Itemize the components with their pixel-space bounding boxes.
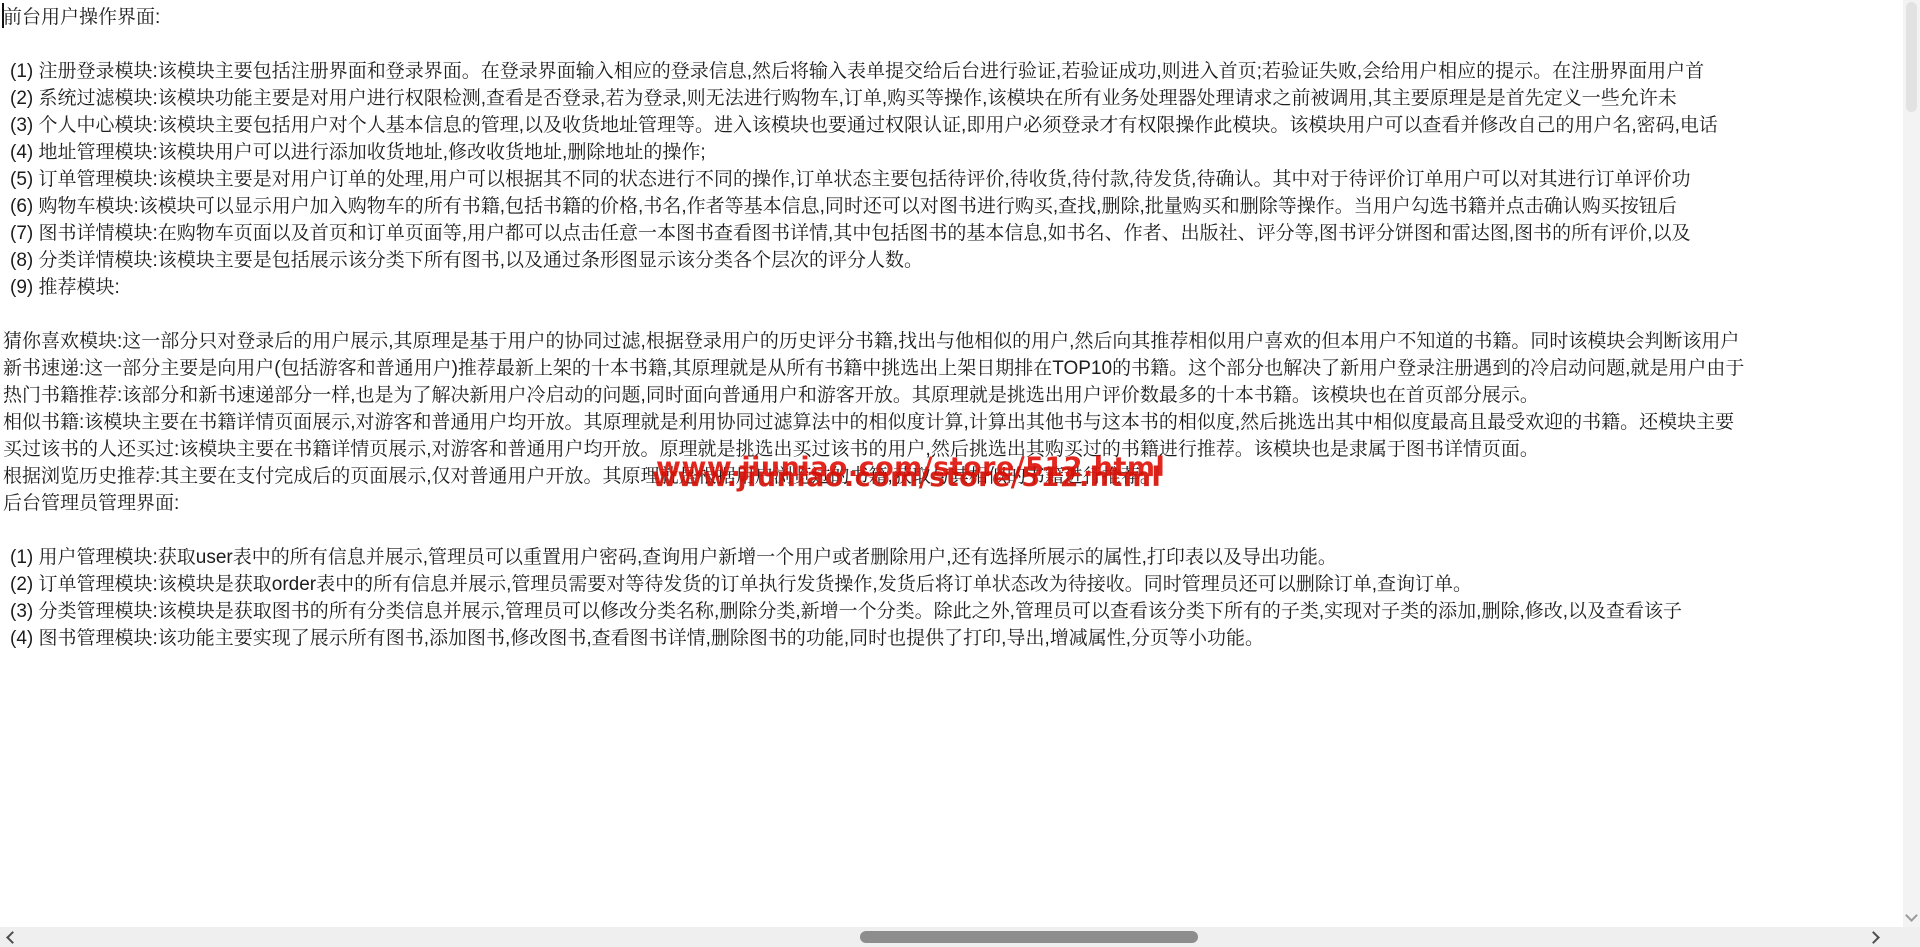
front-section-title: 前台用户操作界面: xyxy=(0,4,1903,31)
paragraph-also-bought: 买过该书的人还买过:该模块主要在书籍详情页展示,对游客和普通用户均开放。原理就是… xyxy=(0,436,1903,463)
chevron-right-icon xyxy=(1867,931,1880,944)
front-item-7: (7) 图书详情模块:在购物车页面以及首页和订单页面等,用户都可以点击任意一本图… xyxy=(0,220,1903,247)
back-section-title: 后台管理员管理界面: xyxy=(0,490,1903,517)
scroll-right-icon[interactable] xyxy=(1869,933,1878,942)
blank-line xyxy=(0,31,1903,58)
horizontal-scrollbar-thumb[interactable] xyxy=(860,931,1198,943)
blank-line xyxy=(0,301,1903,328)
chevron-down-icon xyxy=(1905,909,1918,922)
paragraph-history-recommend: 根据浏览历史推荐:其主要在支付完成后的页面展示,仅对普通用户开放。其原理就是根据… xyxy=(0,463,1903,490)
front-item-6: (6) 购物车模块:该模块可以显示用户加入购物车的所有书籍,包括书籍的价格,书名… xyxy=(0,193,1903,220)
text-cursor xyxy=(2,3,4,28)
blank-line xyxy=(0,517,1903,544)
front-item-3: (3) 个人中心模块:该模块主要包括用户对个人基本信息的管理,以及收货地址管理等… xyxy=(0,112,1903,139)
vertical-scrollbar-thumb[interactable] xyxy=(1906,2,1917,112)
front-item-8: (8) 分类详情模块:该模块主要是包括展示该分类下所有图书,以及通过条形图显示该… xyxy=(0,247,1903,274)
back-item-3: (3) 分类管理模块:该模块是获取图书的所有分类信息并展示,管理员可以修改分类名… xyxy=(0,598,1903,625)
paragraph-similar-books: 相似书籍:该模块主要在书籍详情页面展示,对游客和普通用户均开放。其原理就是利用协… xyxy=(0,409,1903,436)
scroll-left-icon[interactable] xyxy=(8,933,17,942)
front-item-2: (2) 系统过滤模块:该模块功能主要是对用户进行权限检测,查看是否登录,若为登录… xyxy=(0,85,1903,112)
back-item-4: (4) 图书管理模块:该功能主要实现了展示所有图书,添加图书,修改图书,查看图书… xyxy=(0,625,1903,652)
vertical-scrollbar[interactable] xyxy=(1903,0,1920,927)
document-page: 前台用户操作界面: (1) 注册登录模块:该模块主要包括注册界面和登录界面。在登… xyxy=(0,0,1903,927)
back-item-2: (2) 订单管理模块:该模块是获取order表中的所有信息并展示,管理员需要对等… xyxy=(0,571,1903,598)
scroll-down-icon[interactable] xyxy=(1907,911,1915,919)
front-item-9: (9) 推荐模块: xyxy=(0,274,1903,301)
front-item-5: (5) 订单管理模块:该模块主要是对用户订单的处理,用户可以根据其不同的状态进行… xyxy=(0,166,1903,193)
front-item-1: (1) 注册登录模块:该模块主要包括注册界面和登录界面。在登录界面输入相应的登录… xyxy=(0,58,1903,85)
paragraph-hot-books: 热门书籍推荐:该部分和新书速递部分一样,也是为了解决新用户冷启动的问题,同时面向… xyxy=(0,382,1903,409)
horizontal-scrollbar[interactable] xyxy=(0,927,1920,947)
chevron-left-icon xyxy=(6,931,19,944)
back-item-1: (1) 用户管理模块:获取user表中的所有信息并展示,管理员可以重置用户密码,… xyxy=(0,544,1903,571)
paragraph-guess-you-like: 猜你喜欢模块:这一部分只对登录后的用户展示,其原理是基于用户的协同过滤,根据登录… xyxy=(0,328,1903,355)
paragraph-new-books: 新书速递:这一部分主要是向用户(包括游客和普通用户)推荐最新上架的十本书籍,其原… xyxy=(0,355,1903,382)
front-item-4: (4) 地址管理模块:该模块用户可以进行添加收货地址,修改收货地址,删除地址的操… xyxy=(0,139,1903,166)
